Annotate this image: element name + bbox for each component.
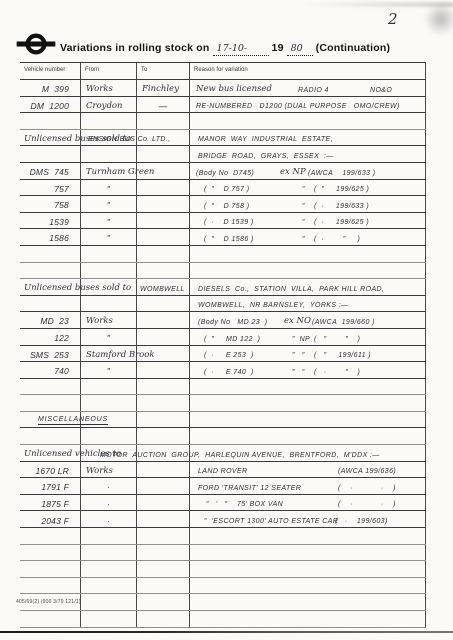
cell-from [81,296,137,312]
handwritten-vehicle: 758 [20,201,80,212]
cell-from: ″ [81,213,137,229]
cell-from: Croydon [81,97,137,113]
cell-to [137,246,190,262]
cell-reason [190,511,426,527]
cell-vehicle: 758 [20,196,81,212]
handwritten-from: ″ [81,185,136,196]
cell-to [137,545,190,561]
table-row: 1875 F·″ ' ″ 75' BOX VAN( · · ) [20,495,426,512]
table-row: Unlicensed buses sold toENSIGN BUS Co. L… [20,130,426,147]
cell-vehicle [20,113,81,129]
table-row: M 399WorksFinchleyNew bus licensedRADIO … [20,80,426,97]
cell-from: Turnham Green [81,163,137,179]
handwritten-from: Croydon [81,102,123,113]
cell-from [81,146,137,162]
cell-from: · [81,511,137,527]
cell-to [137,229,190,245]
table-row: Unlicensed vehicles toMOTOR AUCTION GROU… [20,445,426,462]
cell-vehicle: 1670 LR [20,462,81,478]
cell-reason [190,395,426,411]
cell-vehicle: 122 [20,329,81,345]
handwritten-from: · [81,500,136,511]
cell-vehicle: M 399 [20,80,81,96]
cell-vehicle: 740 [20,362,81,378]
cell-from [81,428,137,444]
cell-to [137,263,190,279]
table-row: DM 1200Croydon—RE-NUMBERED D1200 (DUAL P… [20,97,426,114]
cell-vehicle [20,528,81,544]
cell-to [137,611,190,627]
cell-from [81,279,137,295]
handwritten-vehicle: 1791 F [20,483,80,494]
page-number: 2 [388,10,398,28]
cell-reason [190,196,426,212]
handwritten-vehicle: 1539 [20,218,80,229]
cell-to [137,578,190,594]
london-transport-roundel-icon [16,32,56,56]
table-row: 1539″( · D 1539 )″( · 199/625 ) [20,213,426,230]
cell-vehicle: 1586 [20,229,81,245]
cell-vehicle [20,146,81,162]
table-row: DMS 745Turnham Green(Body No D745)ex NP(… [20,163,426,180]
cell-to [137,329,190,345]
cell-to [137,163,190,179]
cell-to [137,130,190,146]
cell-vehicle: 757 [20,180,81,196]
table-header-row: Vehicle number From To Reason for variat… [20,63,426,80]
handwritten-from: ″ [81,201,136,212]
continuation-label: (Continuation) [316,42,391,56]
handwritten-from: ″ [81,234,136,245]
table-row [20,263,426,280]
cell-reason [190,329,426,345]
handwritten-from: Works [81,317,113,328]
cell-to [137,180,190,196]
handwritten-vehicle: MD 23 [20,317,80,328]
cell-vehicle: 1791 F [20,478,81,494]
cell-from: Works [81,80,137,96]
cell-reason [190,180,426,196]
cell-vehicle [20,611,81,627]
cell-from [81,578,137,594]
cell-vehicle [20,578,81,594]
cell-to [137,279,190,295]
title-text: Variations in rolling stock on [60,42,210,56]
cell-from [81,528,137,544]
cell-from: · [81,495,137,511]
cell-to [137,312,190,328]
cell-from [81,445,137,461]
handwritten-vehicle: 1586 [20,234,80,245]
cell-to [137,561,190,577]
cell-reason [190,312,426,328]
cell-from [81,594,137,610]
cell-to [137,478,190,494]
cell-from [81,545,137,561]
cell-reason [190,578,426,594]
handwritten-vehicle: 122 [20,334,80,345]
handwritten-vehicle: M 399 [20,85,80,96]
handwritten-from: Works [81,85,113,96]
cell-from [81,379,137,395]
cell-reason [190,146,426,162]
cell-from [81,113,137,129]
cell-reason [190,462,426,478]
cell-vehicle: DM 1200 [20,97,81,113]
handwritten-to: Finchley [137,85,179,96]
table-row: WOMBWELL, NR BARNSLEY, YORKS :— [20,296,426,313]
date-dotted-line: 17-10- [213,41,269,56]
handwritten-date: 17-10- [217,43,248,54]
cell-vehicle [20,428,81,444]
handwritten-from: · [81,483,136,494]
scanned-form-page: { "page": { "number": "2", "form_ref": "… [0,0,453,640]
cell-to [137,511,190,527]
cell-vehicle [20,379,81,395]
table-row [20,246,426,263]
cell-reason [190,97,426,113]
cell-vehicle [20,296,81,312]
cell-from [81,263,137,279]
cell-to [137,146,190,162]
cell-reason [190,213,426,229]
year-prefix: 19 [272,42,284,56]
cell-reason [190,80,426,96]
cell-to [137,346,190,362]
handwritten-vehicle: DMS 745 [20,168,80,179]
table-row: 2043 F·″ 'ESCORT 1300' AUTO ESTATE CAR( … [20,511,426,528]
cell-to [137,495,190,511]
table-row: 757″( ″ D 757 )″( ″ 199/625 ) [20,180,426,197]
cell-from: ″ [81,362,137,378]
table-row: 1670 LRWorksLAND ROVER(AWCA 199/636) [20,462,426,479]
handwritten-from: ″ [81,334,136,345]
cell-vehicle: DMS 745 [20,163,81,179]
cell-reason [190,279,426,295]
table-body: M 399WorksFinchleyNew bus licensedRADIO … [20,80,426,628]
cell-reason [190,495,426,511]
handwritten-from: · [81,517,136,528]
cell-from: · [81,478,137,494]
cell-vehicle [20,263,81,279]
table-row [20,428,426,445]
handwritten-vehicle: 757 [20,185,80,196]
rolling-stock-table: Vehicle number From To Reason for variat… [20,62,426,628]
cell-from [81,412,137,428]
table-row: 758″( ″ D 758 )″( · 199/633 ) [20,196,426,213]
cell-to [137,594,190,610]
col-header-to: To [137,63,190,79]
col-header-reason: Reason for variation [190,63,426,79]
handwritten-vehicle: DM 1200 [20,102,80,113]
cell-reason [190,113,426,129]
cell-to [137,412,190,428]
handwritten-from: ″ [81,218,136,229]
cell-from: ″ [81,196,137,212]
cell-reason [190,478,426,494]
cell-vehicle [20,279,81,295]
page-bottom-edge [0,631,453,633]
cell-reason [190,130,426,146]
handwritten-vehicle: 740 [20,367,80,378]
table-row: MISCELLANEOUS [20,412,426,429]
cell-to [137,528,190,544]
table-row [20,545,426,562]
table-row [20,578,426,595]
cell-to [137,113,190,129]
cell-vehicle [20,412,81,428]
cell-vehicle: MD 23 [20,312,81,328]
cell-vehicle: 2043 F [20,511,81,527]
table-row [20,395,426,412]
cell-to [137,362,190,378]
cell-to: Finchley [137,80,190,96]
cell-vehicle: 1875 F [20,495,81,511]
table-row: MD 23Works(Body No MD 23 )ex NO(AWCA 199… [20,312,426,329]
form-reference: 405/69(2) (900 3/79 121/1) [16,599,81,605]
col-header-vehicle-number: Vehicle number [20,63,81,79]
table-row [20,379,426,396]
handwritten-from: Works [81,467,113,478]
cell-reason [190,412,426,428]
cell-from: Works [81,462,137,478]
table-row [20,113,426,130]
table-row: 122″( ″ MD 122 )″ NP( ″ ″ ) [20,329,426,346]
cell-from: ″ [81,229,137,245]
table-row [20,611,426,628]
cell-reason [190,379,426,395]
handwritten-vehicle: SMS 253 [20,351,80,362]
cell-to: — [137,97,190,113]
cell-reason [190,263,426,279]
cell-to [137,296,190,312]
cell-reason [190,445,426,461]
cell-reason [190,611,426,627]
handwritten-year: 80 [291,43,303,54]
cell-from: Stamford Brook [81,346,137,362]
cell-from: ″ [81,329,137,345]
cell-vehicle: 1539 [20,213,81,229]
cell-reason [190,246,426,262]
cell-reason [190,346,426,362]
table-row: Unlicensed buses sold toWOMBWELLDIESELS … [20,279,426,296]
cell-vehicle [20,545,81,561]
col-header-from: From [81,63,137,79]
cell-reason [190,528,426,544]
cell-to [137,213,190,229]
page-title: Variations in rolling stock on 17-10- 19… [16,30,440,56]
cell-vehicle [20,130,81,146]
table-row: 1586″( ″ D 1586 )″( · ″ ) [20,229,426,246]
table-row: BRIDGE ROAD, GRAYS, ESSEX :— [20,146,426,163]
cell-to [137,428,190,444]
cell-to [137,462,190,478]
cell-vehicle [20,395,81,411]
cell-reason [190,428,426,444]
year-dotted-line: 80 [287,41,313,56]
table-row: SMS 253Stamford Brook( · E 253 )″ ″( ″ 1… [20,346,426,363]
table-row [20,528,426,545]
cell-vehicle [20,246,81,262]
handwritten-vehicle: 1875 F [20,500,80,511]
cell-reason [190,594,426,610]
table-row [20,561,426,578]
cell-to [137,445,190,461]
cell-from [81,246,137,262]
handwritten-to: — [137,102,189,113]
cell-from: Works [81,312,137,328]
cell-to [137,379,190,395]
cell-reason [190,561,426,577]
cell-from [81,395,137,411]
handwritten-vehicle: 1670 LR [20,467,80,478]
handwritten-from: ″ [81,367,136,378]
cell-from [81,611,137,627]
table-row: 740″( · E 740 )″ ″( · ″ ) [20,362,426,379]
cell-vehicle [20,445,81,461]
handwritten-vehicle: 2043 F [20,517,80,528]
cell-reason [190,296,426,312]
cell-from [81,130,137,146]
cell-vehicle [20,561,81,577]
cell-to [137,196,190,212]
cell-reason [190,362,426,378]
table-row: 1791 F·FORD 'TRANSIT' 12 SEATER( · · ) [20,478,426,495]
cell-reason [190,545,426,561]
cell-reason [190,229,426,245]
cell-vehicle: SMS 253 [20,346,81,362]
cell-from: ″ [81,180,137,196]
cell-to [137,395,190,411]
cell-reason [190,163,426,179]
cell-from [81,561,137,577]
